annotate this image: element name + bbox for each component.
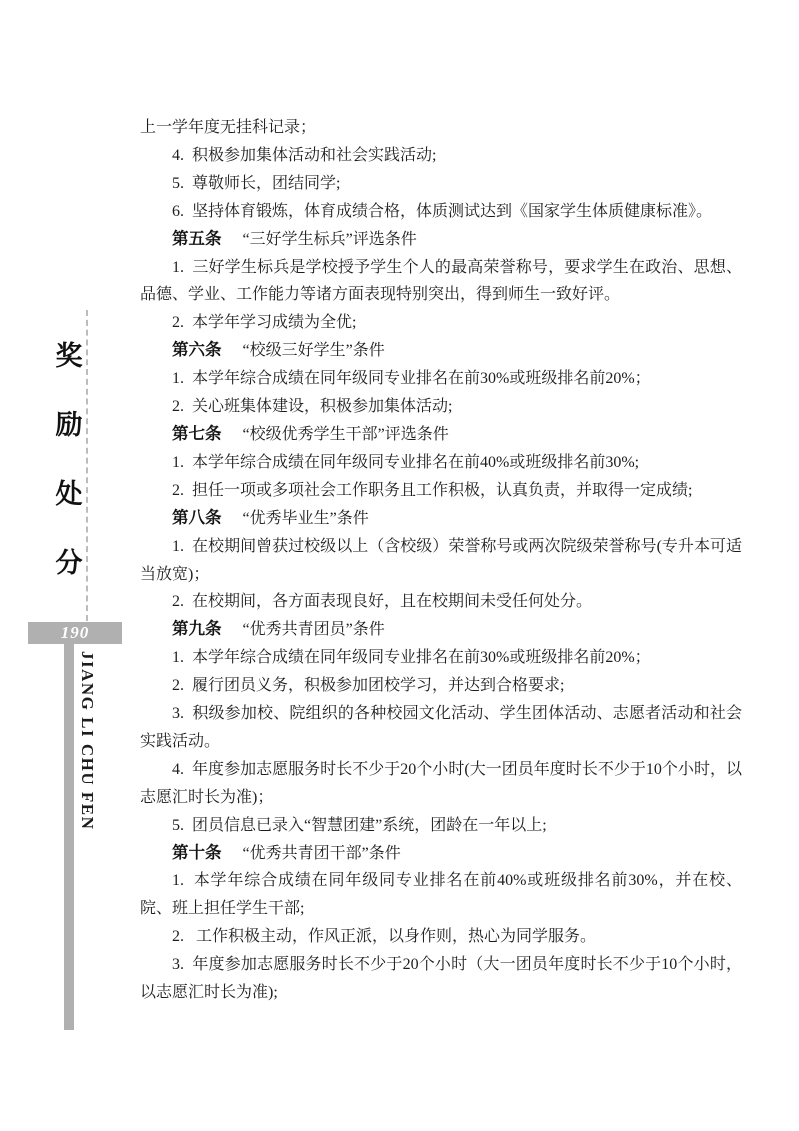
chapter-title-char: 奖 bbox=[56, 342, 83, 370]
list-item-paragraph: 1. 本学年综合成绩在同年级同专业排名在前30%或班级排名前20%； bbox=[140, 365, 742, 393]
list-item-paragraph: 5. 团员信息已录入“智慧团建”系统，团龄在一年以上; bbox=[140, 812, 742, 840]
article-heading: 第五条“三好学生标兵”评选条件 bbox=[140, 226, 742, 254]
list-item-paragraph: 3. 积级参加校、院组织的各种校园文化活动、学生团体活动、志愿者活动和社会实践活… bbox=[140, 700, 742, 756]
list-item-paragraph: 1. 本学年综合成绩在同年级同专业排名在前40%或班级排名前30%，并在校、院、… bbox=[140, 867, 742, 923]
list-item-paragraph: 2. 担任一项或多项社会工作职务且工作积极，认真负责，并取得一定成绩; bbox=[140, 477, 742, 505]
sidebar-vertical-rule bbox=[64, 644, 74, 1030]
page-number: 190 bbox=[61, 623, 90, 642]
article-heading: 第十条“优秀共青团干部”条件 bbox=[140, 840, 742, 868]
chapter-title-char: 励 bbox=[56, 411, 83, 439]
document-body: 上一学年度无挂科记录；4. 积极参加集体活动和社会实践活动;5. 尊敬师长，团结… bbox=[140, 114, 742, 1007]
list-item-paragraph: 1. 三好学生标兵是学校授予学生个人的最高荣誉称号，要求学生在政治、思想、品德、… bbox=[140, 254, 742, 310]
list-item-paragraph: 2. 关心班集体建设，积极参加集体活动; bbox=[140, 393, 742, 421]
list-item-paragraph: 1. 本学年综合成绩在同年级同专业排名在前40%或班级排名前30%; bbox=[140, 449, 742, 477]
article-title: “校级优秀学生干部”评选条件 bbox=[243, 426, 449, 443]
chapter-title-char: 分 bbox=[56, 549, 83, 577]
list-item-paragraph: 2. 在校期间，各方面表现良好，且在校期间未受任何处分。 bbox=[140, 588, 742, 616]
list-item-paragraph: 4. 积极参加集体活动和社会实践活动; bbox=[140, 142, 742, 170]
article-number: 第五条 bbox=[172, 230, 222, 248]
chapter-title-pinyin: JIANG LI CHU FEN bbox=[77, 651, 97, 911]
article-heading: 第九条“优秀共青团员”条件 bbox=[140, 616, 742, 644]
list-item-paragraph: 1. 在校期间曾获过校级以上（含校级）荣誉称号或两次院级荣誉称号(专升本可适当放… bbox=[140, 533, 742, 589]
list-item-paragraph: 1. 本学年综合成绩在同年级同专业排名在前30%或班级排名前20%； bbox=[140, 644, 742, 672]
article-number: 第七条 bbox=[172, 425, 222, 443]
list-item-paragraph: 2. 履行团员义务，积极参加团校学习，并达到合格要求; bbox=[140, 672, 742, 700]
article-number: 第十条 bbox=[172, 844, 222, 862]
list-item-paragraph: 2. 本学年学习成绩为全优; bbox=[140, 309, 742, 337]
article-title: “优秀毕业生”条件 bbox=[243, 510, 369, 527]
article-title: “优秀共青团员”条件 bbox=[243, 621, 385, 638]
article-heading: 第六条“校级三好学生”条件 bbox=[140, 337, 742, 365]
list-item-paragraph: 3. 年度参加志愿服务时长不少于20个小时（大一团员年度时长不少于10个小时，以… bbox=[140, 951, 742, 1007]
chapter-title-char: 处 bbox=[56, 480, 83, 508]
list-item-paragraph: 5. 尊敬师长，团结同学; bbox=[140, 170, 742, 198]
article-number: 第八条 bbox=[172, 509, 222, 527]
sidebar-dashed-divider bbox=[86, 310, 88, 621]
article-heading: 第七条“校级优秀学生干部”评选条件 bbox=[140, 421, 742, 449]
article-number: 第九条 bbox=[172, 620, 222, 638]
article-title: “校级三好学生”条件 bbox=[243, 342, 385, 359]
page-number-badge: 190 bbox=[28, 622, 122, 644]
list-item-paragraph: 4. 年度参加志愿服务时长不少于20个小时(大一团员年度时长不少于10个小时，以… bbox=[140, 756, 742, 812]
paragraph-continuation: 上一学年度无挂科记录； bbox=[140, 114, 742, 142]
list-item-paragraph: 2. 工作积极主动，作风正派，以身作则，热心为同学服务。 bbox=[140, 923, 742, 951]
list-item-paragraph: 6. 坚持体育锻炼，体育成绩合格，体质测试达到《国家学生体质健康标准》。 bbox=[140, 198, 742, 226]
article-title: “优秀共青团干部”条件 bbox=[243, 845, 401, 862]
chapter-title-vertical: 奖 励 处 分 bbox=[52, 342, 86, 618]
article-heading: 第八条“优秀毕业生”条件 bbox=[140, 505, 742, 533]
article-title: “三好学生标兵”评选条件 bbox=[243, 231, 417, 248]
article-number: 第六条 bbox=[172, 341, 222, 359]
